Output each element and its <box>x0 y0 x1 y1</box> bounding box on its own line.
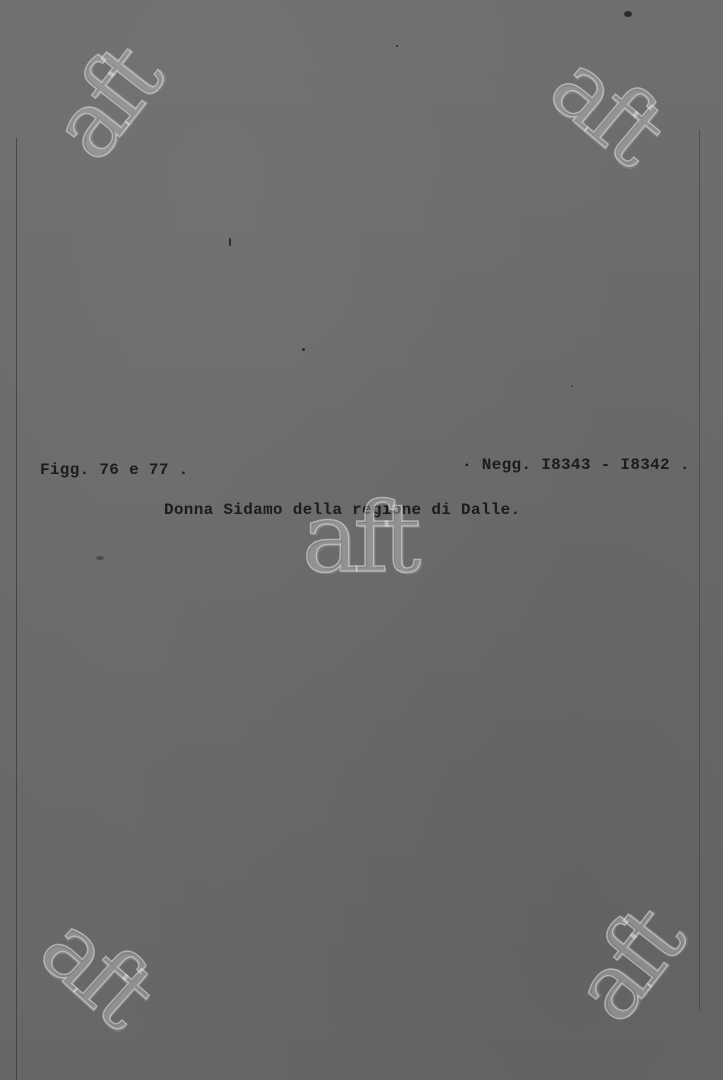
aft-watermark-center: aft <box>302 490 415 586</box>
dust-speck <box>624 11 632 17</box>
dust-speck <box>96 556 104 560</box>
dust-speck <box>229 238 231 246</box>
aft-watermark-top-left: aft <box>36 33 175 175</box>
aft-watermark-bottom-left: aft <box>25 900 167 1041</box>
right-border-line <box>699 130 700 1010</box>
dust-speck <box>571 385 573 387</box>
aft-watermark-top-right: aft <box>535 38 677 178</box>
archival-caption-card: aft aft aft aft Figg. 76 e 77 . · Negg. … <box>0 0 723 1080</box>
figure-reference: Figg. 76 e 77 . <box>40 462 189 478</box>
dust-speck <box>396 45 398 47</box>
negative-reference: · Negg. I8343 - I8342 . <box>462 457 690 473</box>
left-border-line <box>16 138 17 1080</box>
aft-watermark-bottom-right: aft <box>558 895 697 1037</box>
dust-speck <box>302 348 305 351</box>
